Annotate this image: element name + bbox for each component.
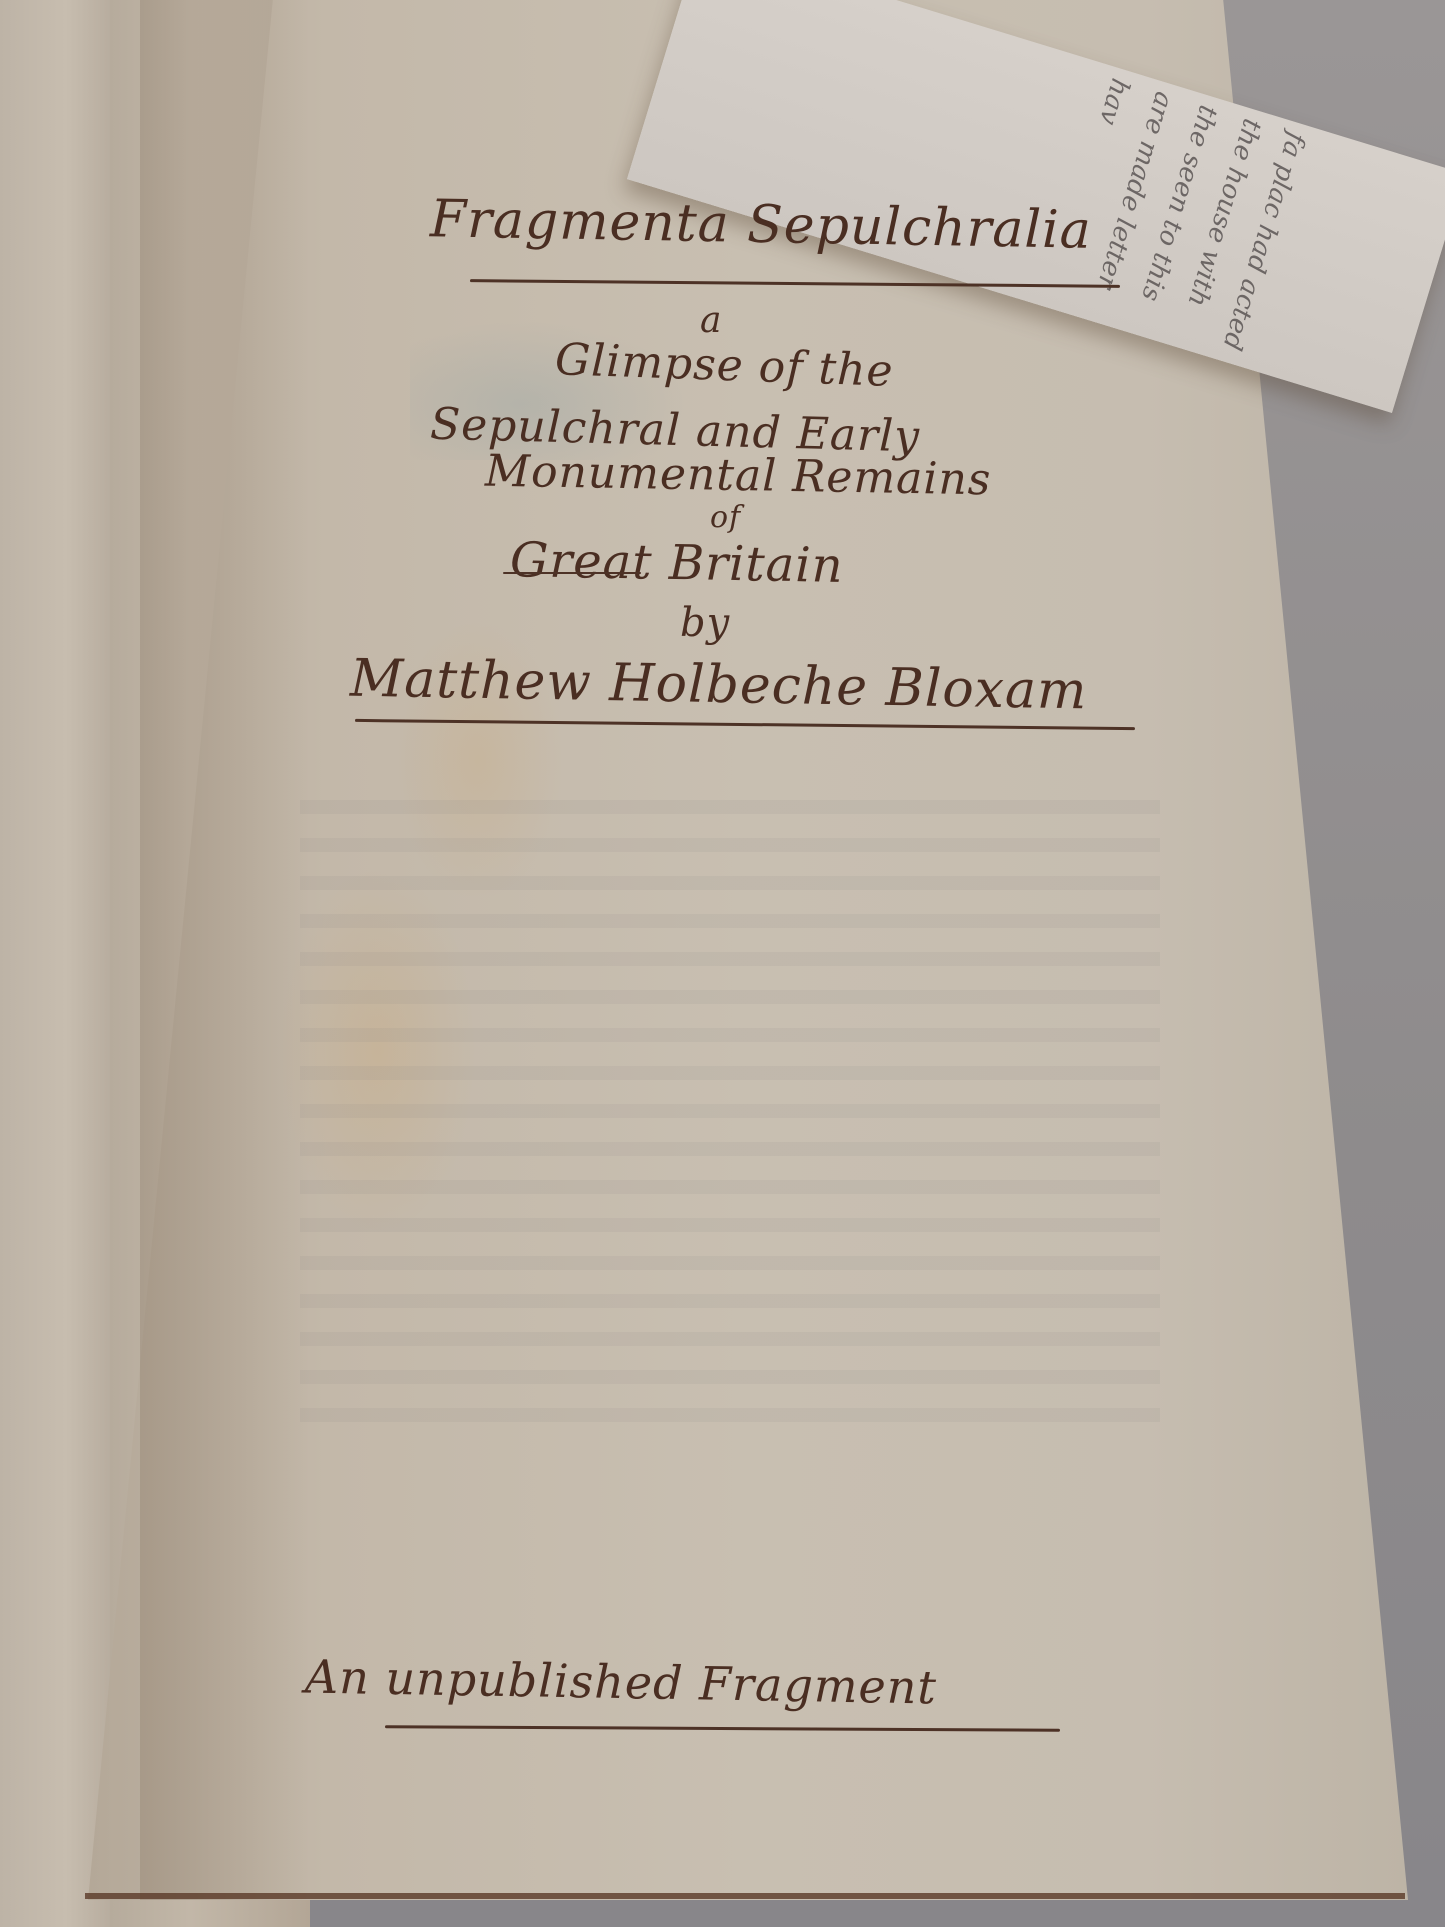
left-page: [0, 0, 110, 1927]
subtitle-line-6: Great Britain: [510, 532, 845, 594]
subtitle-line-5: of: [710, 500, 741, 535]
footer-note: An unpublished Fragment: [305, 1649, 938, 1714]
page-title: Fragmenta Sepulchralia: [430, 189, 1093, 261]
gutter-shadow: [140, 0, 310, 1900]
subtitle-line-4: Monumental Remains: [485, 446, 992, 506]
author-name: Matthew Holbeche Bloxam: [350, 649, 1088, 722]
show-through-printed-text: [300, 800, 1160, 1440]
subtitle-line-1: a: [700, 300, 722, 341]
page-bottom-edge: [85, 1893, 1405, 1899]
great-britain-underline: [503, 572, 641, 574]
byline: by: [680, 600, 730, 646]
